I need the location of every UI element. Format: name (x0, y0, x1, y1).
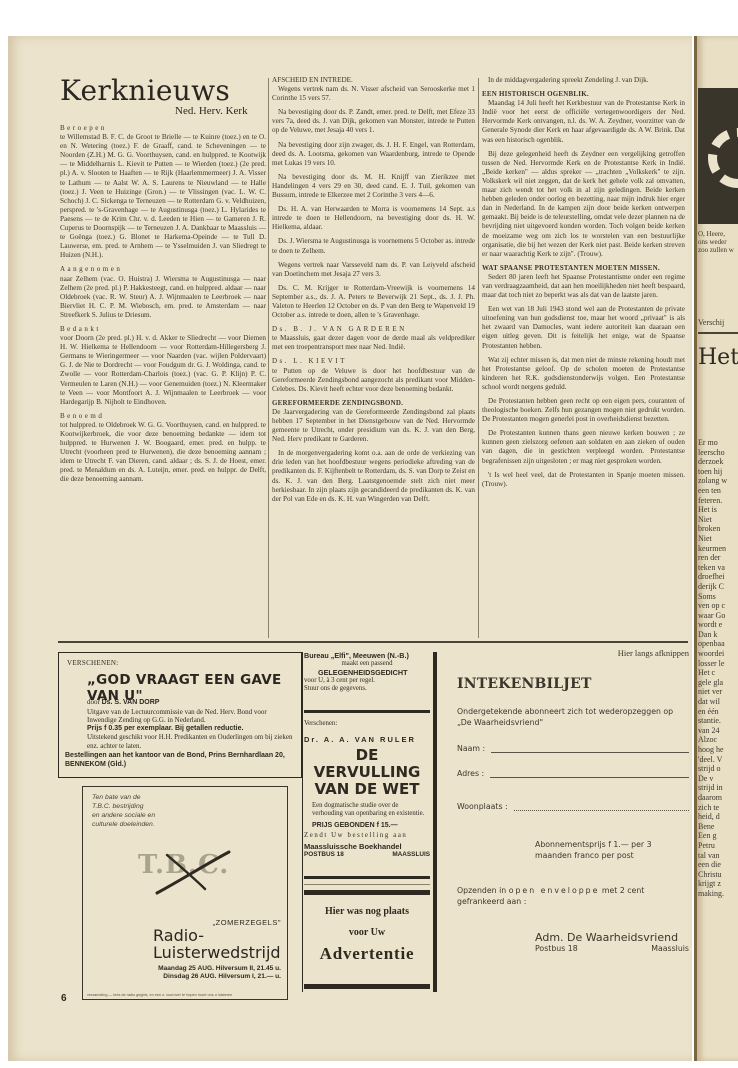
advertisement-space-available: Hier was nog plaats voor Uw Advertentie (304, 906, 430, 964)
column-kerkelijk-nieuws: In de middagvergadering spreekt Zendelin… (482, 76, 685, 494)
section-text: te Willemstad B. F. C. de Groot te Briel… (60, 133, 266, 260)
name-field[interactable]: Naam : (457, 742, 689, 753)
paragraph: In de middagvergadering spreekt Zendelin… (482, 76, 685, 85)
administration-name: Adm. De Waarheidsvriend (535, 931, 689, 944)
advertisement-god-vraagt-een-gave: VERSCHENEN: „GOD VRAAGT EEN GAVE VAN U" … (58, 652, 302, 778)
text-line: De v (698, 774, 738, 784)
paragraph: De Protestanten hebben geen recht op een… (482, 397, 685, 424)
text-line: krijgt z (698, 879, 738, 889)
broadcast-date: Dinsdag 26 AUG. Hilversum I, 21.— u. (158, 973, 281, 981)
ad-title: DE VERVULLING VAN DE WET (304, 747, 430, 798)
column-divider (478, 78, 479, 638)
item-heading: Ds. B. J. VAN GARDEREN (272, 325, 475, 334)
text-line: een ten (698, 486, 738, 496)
section-label: Bedankt (60, 325, 266, 334)
text-line: waar Go (698, 611, 738, 621)
send-spaced: open enveloppe (509, 886, 600, 895)
text-line: gele gla (698, 678, 738, 688)
text-line: Christu (698, 870, 738, 880)
item-heading: Ds. L. KIEVIT (272, 357, 475, 366)
text-line: broken (698, 524, 738, 534)
cut-line-bar (433, 652, 437, 992)
item-text: te Maassluis, gaat dezer dagen voor de d… (272, 334, 475, 352)
verschijnt-label: Verschij (698, 318, 738, 328)
ad-label: VERSCHENEN: (67, 659, 119, 667)
broadcast-date: Maandag 25 AUG. Hilversum II, 21.45 u. (158, 965, 281, 973)
text-line: keurmen (698, 544, 738, 554)
name-input-line[interactable] (491, 742, 689, 753)
section-label: Benoemd (60, 412, 266, 421)
ad-headline: GELEGENHEIDSGEDICHT (304, 669, 430, 677)
line-3: Advertentie (304, 944, 430, 964)
emblem-illustration (698, 88, 738, 224)
text-line: ven op c (698, 601, 738, 611)
text-line: making. (698, 889, 738, 899)
column-afscheid-intrede: AFSCHEID EN INTREDE.Wegens vertrek nam d… (272, 76, 475, 509)
text-line: Niet (698, 515, 738, 525)
text-line: toen hij (698, 467, 738, 477)
advertisement-elfi: Bureau „Elfi", Meeuwen (N.-B.) maakt een… (304, 652, 430, 693)
next-page-rule (698, 332, 738, 334)
ad-price: Prijs f 0.35 per exemplaar. Bij getallen… (87, 725, 297, 734)
section-heading: WAT SPAANSE PROTESTANTEN MOETEN MISSEN. (482, 264, 685, 273)
city: MAASSLUIS (392, 851, 430, 858)
paragraph: Bij deze gelegenheid heeft ds Zeydner ee… (482, 150, 685, 259)
name-label: Naam : (457, 744, 485, 753)
text-line: leerscho (698, 448, 738, 458)
ad-purpose: Ten bate van deT.B.C. bestrijdingen ande… (92, 793, 155, 829)
paragraph: Een wet van 18 Juli 1943 stond wel aan d… (482, 305, 685, 350)
text-line: en één (698, 707, 738, 717)
paragraph: Ds. C. M. Krijger te Rotterdam-Vreewijk … (272, 284, 475, 320)
cut-hint: Hier langs afknippen (457, 648, 689, 658)
send-prefix: Opzenden in (457, 886, 506, 895)
text-line: feteren. (698, 496, 738, 506)
ad-publisher: Uitgave van de Lectuurcommissie van de N… (87, 708, 297, 725)
ad-tag: „ZOMERZEGELS" (213, 918, 281, 927)
ad-order-text: Zendt Uw bestelling aan (304, 832, 430, 839)
page-title: Kerknieuws (60, 74, 230, 107)
column-benoemingen: Beroepente Willemstad B. F. C. de Groot … (60, 120, 266, 490)
ad-separator (304, 984, 430, 989)
paragraph: 't Is wel heel veel, dat de Protestanten… (482, 471, 685, 489)
section-label: Aangenomen (60, 265, 266, 274)
city: Maassluis (651, 944, 689, 953)
section-divider (58, 641, 688, 643)
page-number: 6 (61, 993, 67, 1004)
ad-order-info: Bestellingen aan het kantoor van de Bond… (65, 752, 297, 769)
ad-separator (304, 876, 430, 879)
text-line: Soms (698, 592, 738, 602)
text-line: derzoek (698, 457, 738, 467)
ad-title: Radio- Luisterwedstrijd (153, 927, 281, 961)
item-text: te Putten op de Veluwe is door het hoofd… (272, 367, 475, 394)
paragraph: De Protestanten kunnen thans geen nieuwe… (482, 429, 685, 465)
broadcast-dates: Maandag 25 AUG. Hilversum II, 21.45 u.Di… (158, 965, 281, 982)
ad-line: Stuur ons de gegevens. (304, 685, 430, 693)
text-line: zolang w (698, 476, 738, 486)
section-text: voor Doorn (2e pred. pl.) H. v. d. Akker… (60, 334, 266, 407)
ad-author: Ds. S. VAN DORP (102, 699, 160, 706)
text-line: van 24 (698, 726, 738, 736)
line-2: voor Uw (304, 927, 430, 938)
text-line: tal van (698, 851, 738, 861)
ad-price: PRIJS GEBONDEN f 15.— (304, 822, 430, 829)
address-label: Adres : (457, 769, 484, 778)
ad-description: Een dogmatische studie over de verhoudin… (304, 802, 430, 819)
text-line: Het is (698, 505, 738, 515)
paragraph: Wegens vertrek naar Varsseveld nam ds. P… (272, 261, 475, 279)
administration-address: Postbus 18 Maassluis (535, 944, 689, 953)
text-line: woordei (698, 649, 738, 659)
form-intro: Ondergetekende abonneert zich tot wedero… (457, 706, 689, 728)
ad-separator (304, 884, 430, 885)
title-line-2: VAN DE WET (304, 781, 430, 798)
paragraph: Na bevestiging door ds. P. Zandt, emer. … (272, 108, 475, 135)
ad-address: POSTBUS 18 MAASSLUIS (304, 851, 430, 858)
caption-line: O, Heere, (698, 230, 738, 238)
ad-label: Verschenen: (304, 720, 430, 727)
address-input-line[interactable] (490, 767, 689, 778)
ad-divider (302, 652, 303, 992)
text-line: niet ver (698, 687, 738, 697)
ad-shop: Maassluissche Boekhandel (304, 842, 430, 851)
subscription-price: Abonnementsprijs f 1.— per 3 maanden fra… (535, 839, 689, 861)
section-text: naar Zelhem (vac. O. Huistra) J. Wiersma… (60, 275, 266, 320)
paragraph: Ds. J. Wiersma te Augustinusga is voorne… (272, 237, 475, 255)
column-divider (268, 78, 269, 638)
postbus: Postbus 18 (535, 944, 578, 953)
paragraph: Na bevestiging door zijn zwager, ds. J. … (272, 141, 475, 168)
purpose-line: en andere sociale en (92, 811, 155, 820)
advertisement-de-vervulling-van-de-wet: Verschenen: Dr. A. A. VAN RULER DE VERVU… (304, 720, 430, 858)
text-line: losser le (698, 659, 738, 669)
text-line: wordt e (698, 620, 738, 630)
text-line: ren der (698, 553, 738, 563)
text-line: dat wil (698, 697, 738, 707)
address-field[interactable]: Adres : (457, 767, 689, 778)
text-line: Er mo (698, 438, 738, 448)
ad-title: Bureau „Elfi", Meeuwen (N.-B.) (304, 652, 430, 660)
city-label: Woonplaats : (457, 802, 508, 811)
text-line: Niet (698, 534, 738, 544)
text-line: zich te (698, 803, 738, 813)
section-subtitle: Ned. Herv. Kerk (175, 105, 248, 117)
section-label: Beroepen (60, 124, 266, 133)
text-line: heid, d (698, 812, 738, 822)
section-text: tot hulppred. te Oldebroek W. G. G. Voor… (60, 421, 266, 485)
next-page-text: Er moleerschoderzoektoen hijzolang ween … (698, 438, 738, 899)
text-line: Het c (698, 668, 738, 678)
ad-separator (304, 710, 430, 713)
text-line: strijd in (698, 783, 738, 793)
paragraph: Ds. H. A. van Herwaarden te Morra is voo… (272, 205, 475, 232)
postbus: POSTBUS 18 (304, 851, 344, 858)
text-line: strijd o (698, 764, 738, 774)
line-1: Hier was nog plaats (304, 906, 430, 917)
text-line: daarom (698, 793, 738, 803)
paragraph: Sedert 80 jaren leeft het Spaanse Protes… (482, 273, 685, 300)
title-line-1: DE VERVULLING (304, 747, 430, 781)
purpose-line: Ten bate van de (92, 793, 155, 802)
caption-line: zoo zullen w (698, 246, 738, 254)
purpose-line: culturele doeleinden. (92, 820, 155, 829)
text-line: hoog he (698, 745, 738, 755)
ad-author: Dr. A. A. VAN RULER (304, 735, 430, 744)
title-line-1: Radio- (153, 927, 281, 944)
text-line: teken va (698, 563, 738, 573)
subscription-form: Hier langs afknippen INTEKENBILJET Onder… (457, 648, 689, 953)
city-input-line[interactable] (514, 800, 689, 811)
text-line: Petru (698, 841, 738, 851)
text-line: 'deel. V (698, 755, 738, 765)
text-line: Dan k (698, 630, 738, 640)
caption-line: ons weder (698, 238, 738, 246)
text-line: Een g (698, 831, 738, 841)
mailing-instructions: Opzenden in open enveloppe met 2 cent ge… (457, 885, 689, 907)
paragraph: De Jaarvergadering van de Gereformeerde … (272, 408, 475, 444)
cross-out-icon (153, 849, 233, 897)
by-prefix: door (87, 698, 100, 706)
paragraph: Wegens vertrek nam ds. N. Visser afschei… (272, 85, 475, 103)
advertisement-tbc-zomerzegels: Ten bate van deT.B.C. bestrijdingen ande… (82, 786, 288, 1000)
emblem-ring (708, 128, 738, 188)
fine-print: verzameling — lees de radio gegids, en e… (87, 993, 232, 997)
purpose-line: T.B.C. bestrijding (92, 802, 155, 811)
ad-note: Uitstekend geschikt voor H.H. Predikante… (87, 733, 297, 750)
text-line: Bene (698, 822, 738, 832)
city-field[interactable]: Woonplaats : (457, 800, 689, 811)
paragraph: Na bevestiging door ds. M. H. Knijff van… (272, 173, 475, 200)
paragraph: Wat zij echter missen is, dat men niet d… (482, 356, 685, 392)
text-line: een die (698, 860, 738, 870)
section-heading: GEREFORMEERDE ZENDINGSBOND. (272, 399, 475, 408)
text-line: Alzoc (698, 735, 738, 745)
text-line: derijk C (698, 582, 738, 592)
paragraph: In de morgenvergadering komt o.a. aan de… (272, 449, 475, 504)
text-line: openbaa (698, 639, 738, 649)
next-page-heading: Het v (698, 345, 738, 370)
paragraph: Maandag 14 Juli heeft het Kerkbestuur va… (482, 99, 685, 144)
title-line-2: Luisterwedstrijd (153, 944, 281, 961)
ad-separator (304, 890, 430, 895)
section-heading: EEN HISTORISCH OGENBLIK. (482, 90, 685, 99)
text-line: stantie. (698, 716, 738, 726)
emblem-caption: O, Heere,ons wederzoo zullen w (698, 230, 738, 254)
ad-details: door Ds. S. VAN DORP Uitgave van de Lect… (87, 698, 297, 751)
text-line: droefhei (698, 572, 738, 582)
form-title: INTEKENBILJET (457, 676, 689, 692)
section-heading: AFSCHEID EN INTREDE. (272, 76, 353, 84)
ad-line: voor U, à 3 cent per regel. (304, 677, 430, 685)
